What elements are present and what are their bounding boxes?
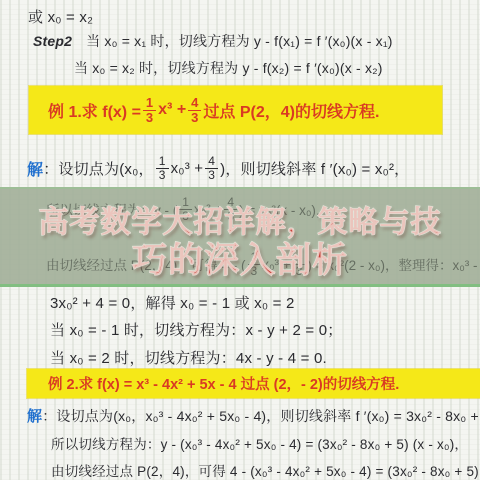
jie-label: 解: [27, 408, 42, 425]
example2-highlight: 例 2.求 f(x) = x³ - 4x² + 5x - 4 过点 (2，- 2…: [27, 369, 480, 398]
step2-label: Step2: [33, 33, 72, 49]
sol1-post: )，则切线斜率 f ′(x₀) = x₀²，: [220, 158, 409, 179]
fraction-four-thirds: 43: [188, 96, 201, 124]
step2-case1-text: 当 x₀ = x₁ 时，切线方程为 y - f(x₁) = f ′(x₀)(x …: [86, 33, 393, 49]
case-x0-neg1: 当 x₀ = - 1 时，切线方程为：x - y + 2 = 0；: [50, 319, 342, 340]
sol1-mid: x₀³ +: [171, 160, 204, 177]
step2-case2-text: 当 x₀ = x₂ 时，切线方程为 y - f(x₂) = f ′(x₀)(x …: [74, 58, 383, 78]
solution2-row2: 所以切线方程为：y - (x₀³ - 4x₀² + 5x₀ - 4) = (3x…: [51, 433, 468, 453]
solution2-row1: 解：设切点为(x₀，x₀³ - 4x₀² + 5x₀ - 4)，则切线斜率 f …: [27, 405, 480, 426]
math-notes-page: 或 x₀ = x₂ Step2当 x₀ = x₁ 时，切线方程为 y - f(x…: [0, 0, 480, 480]
sol1-pre: ：设切点为(x₀，: [43, 158, 154, 179]
banner-title-line2: 巧的深入剖析: [0, 233, 480, 283]
example1-highlight: 例 1.求 f(x) = 13 x³ + 43 过点 P(2，4)的切线方程.: [29, 86, 442, 134]
fraction-four-thirds: 43: [205, 155, 218, 181]
solution2-row3: 由切线经过点 P(2，4)，可得 4 - (x₀³ - 4x₀² + 5x₀ -…: [51, 460, 480, 480]
ex2-text: 例 2.求 f(x) = x³ - 4x² + 5x - 4 过点 (2，- 2…: [48, 373, 399, 394]
case-x0-2: 当 x₀ = 2 时，切线方程为：4x - y - 4 = 0.: [50, 347, 327, 368]
ex1-mid: x³ +: [158, 101, 186, 119]
ex1-pre: 例 1.求 f(x) =: [48, 99, 141, 122]
sol2-line1-text: ：设切点为(x₀，x₀³ - 4x₀² + 5x₀ - 4)，则切线斜率 f ′…: [42, 408, 480, 424]
step2-row: Step2当 x₀ = x₁ 时，切线方程为 y - f(x₁) = f ′(x…: [33, 31, 393, 51]
title-overlay-band: 所以切线方程为：y - ( 13 x₀³ + 43 ) = x₀²(x - x₀…: [0, 187, 480, 287]
solution1-row: 解 ：设切点为(x₀， 13 x₀³ + 43 )，则切线斜率 f ′(x₀) …: [27, 148, 409, 188]
fraction-one-third: 13: [156, 155, 169, 181]
jie-label: 解: [27, 157, 43, 180]
equation-continuation: 3x₀² + 4 = 0，解得 x₀ = - 1 或 x₀ = 2: [50, 292, 295, 313]
ex1-post: 过点 P(2，4)的切线方程.: [203, 99, 379, 122]
line-or-x0-x2: 或 x₀ = x₂: [28, 6, 93, 27]
fraction-one-third: 13: [143, 96, 156, 124]
